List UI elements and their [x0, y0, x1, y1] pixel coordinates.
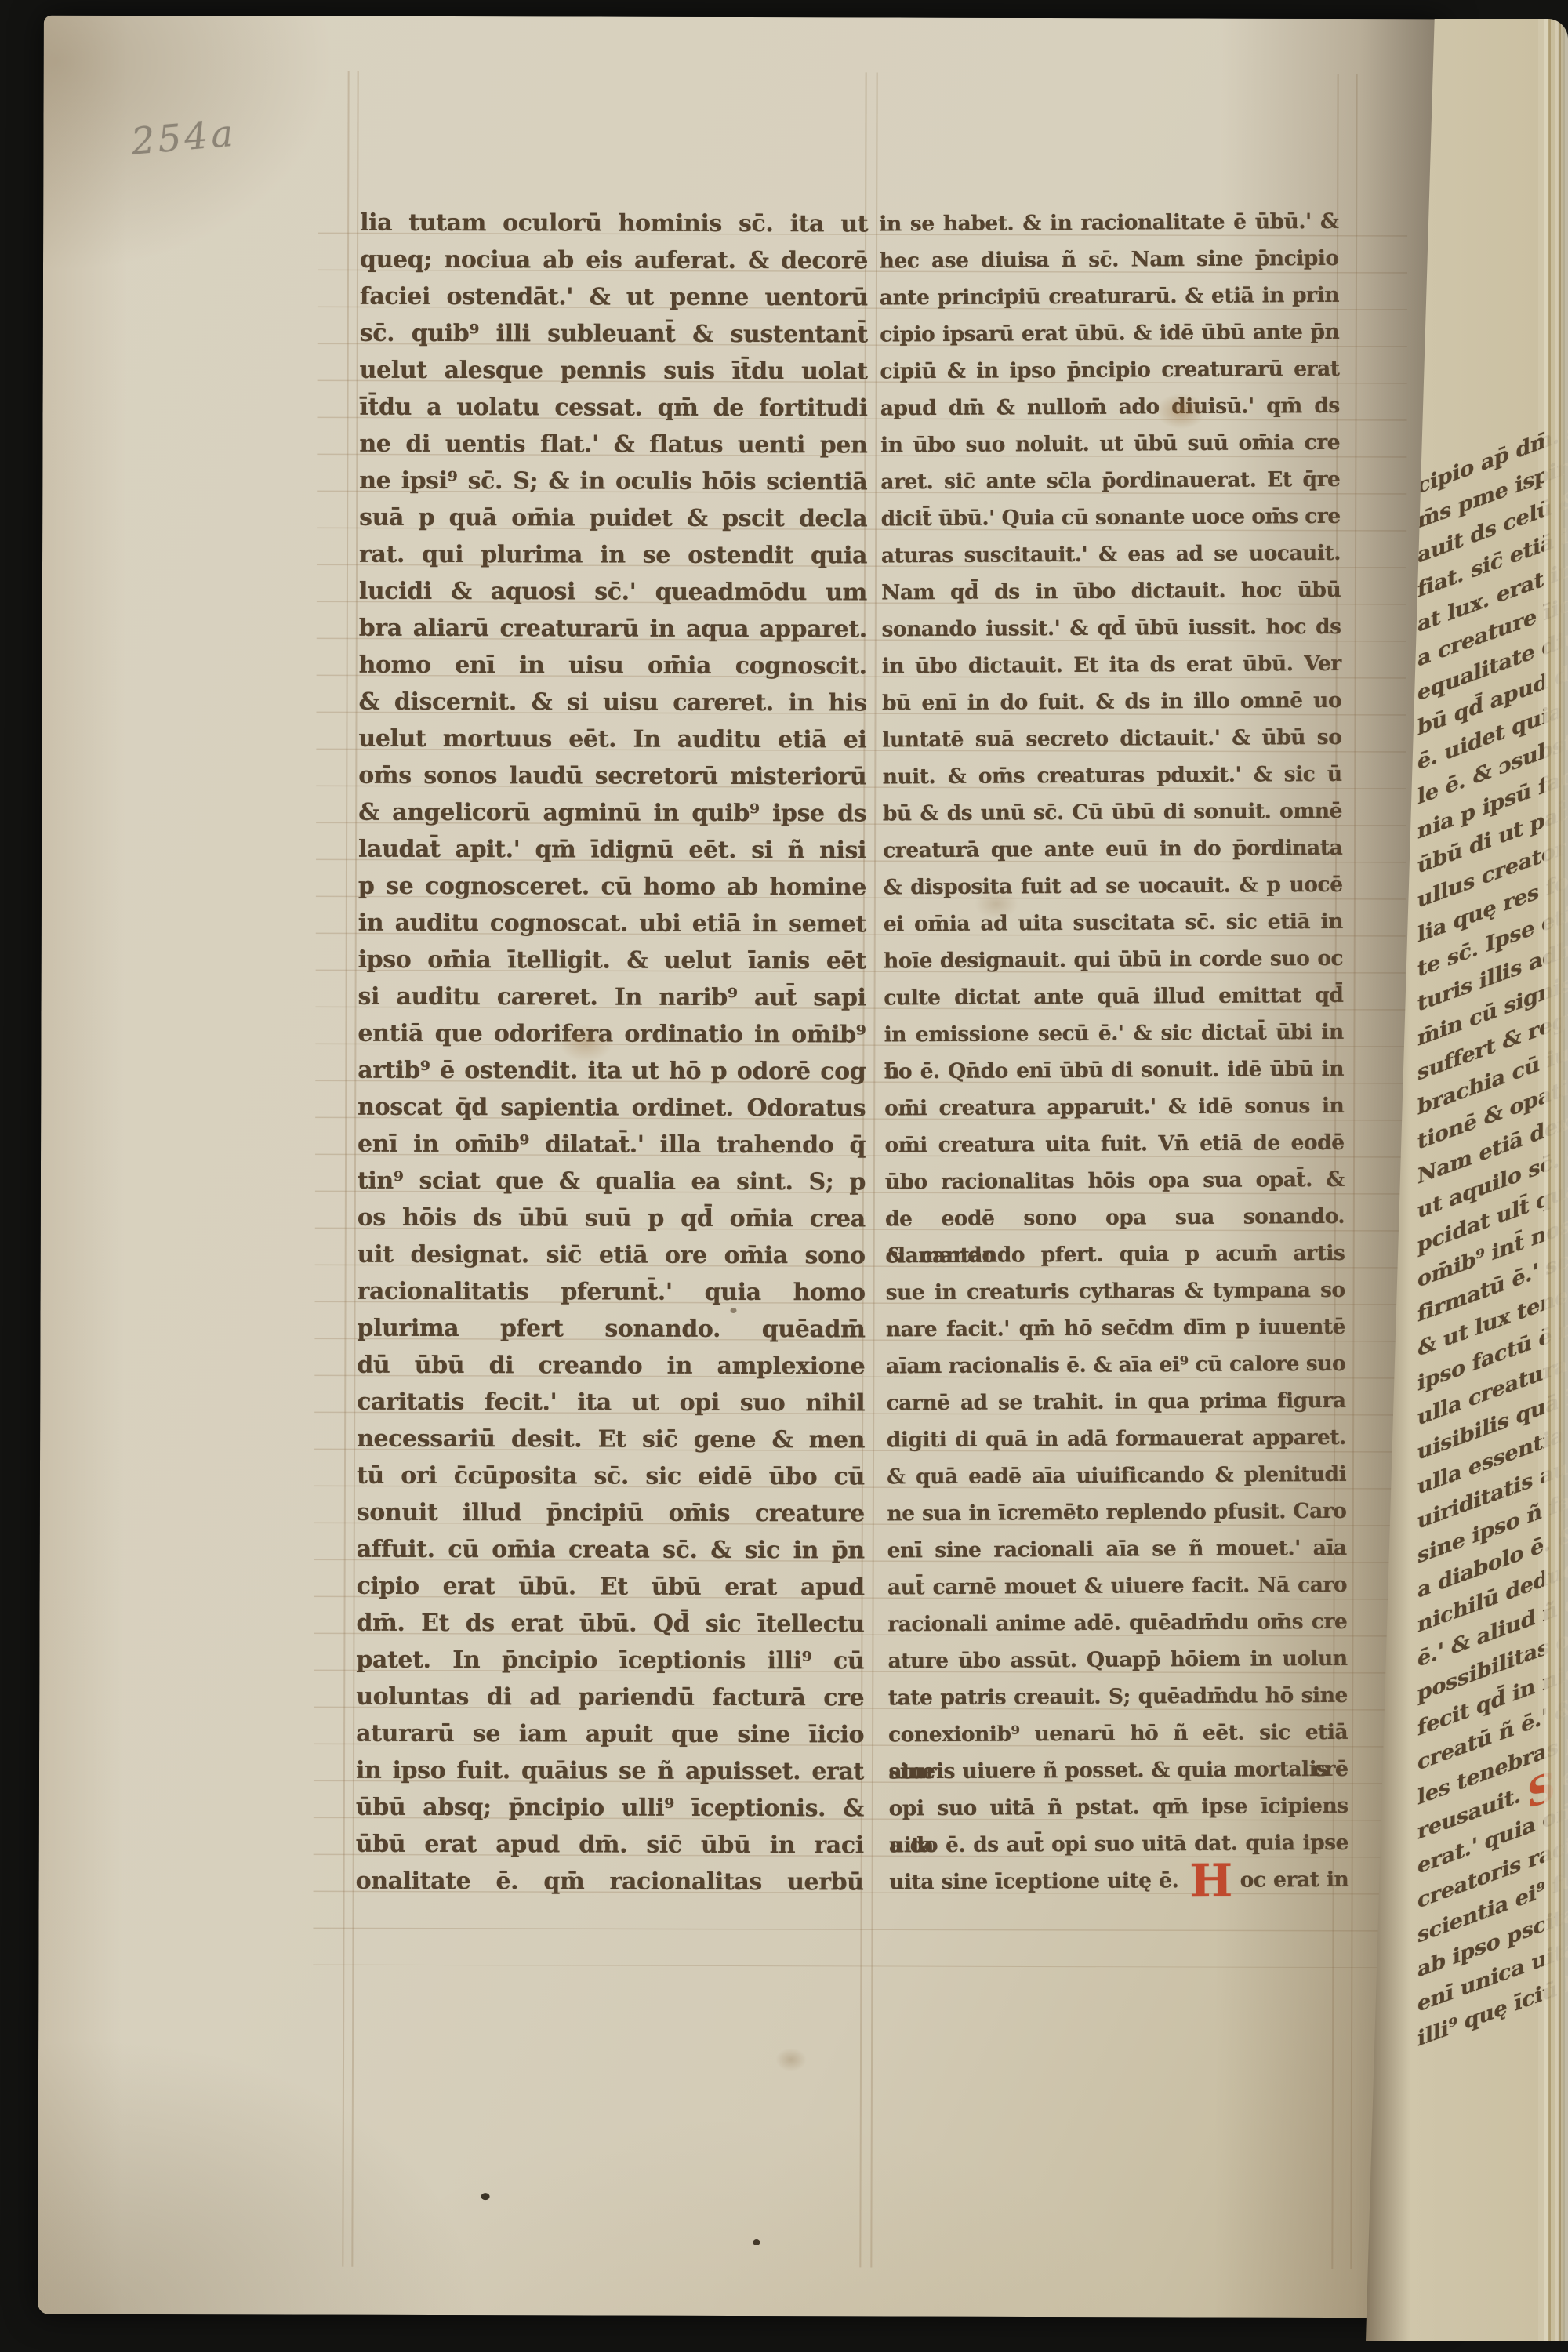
manuscript-line: digiti di quā in adā formauerat apparet.	[887, 1419, 1346, 1459]
manuscript-line: aīam racionalis ē. & aīa ei⁹ cū calore s…	[886, 1345, 1345, 1385]
manuscript-line: bū & ds unū sc̄. Cū ūbū di sonuit. omnē	[883, 793, 1342, 833]
manuscript-line: rat. qui plurima in se ostendit quia	[359, 536, 867, 575]
book-fore-edge	[1544, 19, 1568, 2341]
manuscript-line-with-initial: uita sine īceptione uitę ē.Hoc erat in	[889, 1861, 1348, 1901]
manuscript-line: artib⁹ ē ostendit. ita ut hō p odorē cog	[358, 1052, 866, 1091]
manuscript-line: a do ē. ds aut̄ opi suo uitā dat. quia i…	[889, 1824, 1348, 1864]
manuscript-line: creaturā que ante euū in do p̄ordinata	[883, 829, 1342, 869]
manuscript-line: conexionib⁹ uenarū hō ñ eēt. sic etiā si…	[888, 1714, 1348, 1754]
manuscript-line: om̄i creatura apparuit.' & idē sonus in	[884, 1087, 1344, 1127]
manuscript-line: p se cognosceret. cū homo ab homine	[358, 868, 866, 906]
manuscript-line: in se habet. & in racionalitate ē ūbū.' …	[879, 203, 1338, 243]
manuscript-line: culte dictat ante quā illud emittat qd̄	[884, 977, 1343, 1017]
manuscript-line: in auditu cognoscat. ubi etiā in semet	[358, 905, 866, 943]
manuscript-line: hec ase diuisa ñ sc̄. Nam sine p̄ncipio	[879, 240, 1338, 280]
manuscript-line: sonuit illud p̄ncipiū om̄is creature	[357, 1494, 865, 1533]
manuscript-line: cipio ipsarū erat ūbū. & idē ūbū ante p̄…	[880, 314, 1339, 354]
manuscript-line: nare facit.' qm̄ hō sec̄dm dīm p iuuentē	[886, 1308, 1345, 1348]
manuscript-line: enī sine racionali aīa se ñ mouet.' aīa	[887, 1530, 1347, 1570]
line-text-after-initial: oc erat in	[1240, 1867, 1349, 1893]
manuscript-line: affuit. cū om̄ia creata sc̄. & sic in p̄…	[357, 1531, 865, 1570]
manuscript-line: in ūbo suo noluit. ut ūbū suū om̄ia cre	[880, 424, 1340, 464]
manuscript-line: homo enī in uisu om̄ia cognoscit.	[359, 647, 867, 685]
manuscript-line: noscat q̄d sapientia ordinet. Odoratus	[358, 1089, 866, 1127]
manuscript-line: uit designat. sic̄ etiā ore om̄ia sono	[358, 1236, 866, 1275]
manuscript-line: ūbo racionalitas hōis opa sua opat̄. &	[885, 1161, 1345, 1201]
manuscript-line: cipiū & in ipso p̄ncipio creaturarū erat	[880, 350, 1339, 390]
manuscript-line: & disposita fuit ad se uocauit. & p uocē	[883, 866, 1342, 906]
red-initial-H: H	[1189, 1869, 1232, 1893]
manuscript-line: dm̄. Et ds erat ūbū. Qd̄ sic ītellectu	[356, 1605, 864, 1643]
manuscript-line: in ipso fuit. quāius se ñ apuisset. erat	[356, 1752, 864, 1791]
manuscript-line: aturis uiuere ñ posset. & quia mortalis …	[888, 1751, 1348, 1791]
manuscript-line: necessariū desit. Et sic̄ gene & men	[357, 1421, 865, 1459]
manuscript-line: īt̄du a uolatu cessat. qm̄ de fortitudi	[359, 389, 867, 427]
ink-speck	[481, 2193, 490, 2200]
manuscript-line: uoluntas di ad pariendū facturā cre	[356, 1679, 864, 1717]
manuscript-line: ne sua in īcremēto replendo pfusit. Caro	[887, 1493, 1346, 1533]
manuscript-line: aturarū se iam apuit que sine īicio	[356, 1715, 864, 1754]
manuscript-line: bū enī in do fuit. & ds in illo omnē uo	[882, 682, 1341, 722]
manuscript-page: 254a lia tutam oculorū hominis sc̄. ita …	[38, 16, 1444, 2318]
manuscript-line: & discernit. & si uisu careret. in his	[358, 684, 866, 722]
manuscript-line: ūbū erat apud dm̄. sic̄ ūbū in raci	[356, 1826, 864, 1864]
manuscript-line: si auditu careret. In narib⁹ aut̄ sapi	[358, 978, 866, 1017]
manuscript-line: cipio erat ūbū. Et ūbū erat apud	[357, 1568, 865, 1606]
parchment-stain	[775, 2048, 807, 2071]
manuscript-line: bra aliarū creaturarū in aqua apparet.	[359, 610, 867, 648]
manuscript-line: opi suo uitā ñ pstat. qm̄ ipse īcipiens …	[889, 1788, 1348, 1828]
manuscript-line: ūbū absq; p̄ncipio ulli⁹ īceptionis. &	[356, 1789, 864, 1828]
manuscript-line: patet. In p̄ncipio īceptionis illi⁹ cū	[356, 1642, 864, 1680]
manuscript-line: dicit̄ ūbū.' Quia cū sonante uoce om̄s c…	[881, 498, 1341, 538]
manuscript-line: bo ē. Qn̄do enī ūbū di sonuit. idē ūbū i…	[884, 1051, 1344, 1091]
manuscript-line: uelut alesque pennis suis īt̄du uolat	[360, 352, 868, 390]
manuscript-line: & angelicorū agminū in quib⁹ ipse ds	[358, 794, 866, 833]
manuscript-line: om̄i creatura uita fuit. Vn̄ etiā de eod…	[884, 1124, 1344, 1164]
manuscript-line: tin⁹ sciat que & qualia ea sint. S; p	[358, 1163, 866, 1201]
ink-speck	[753, 2239, 760, 2245]
manuscript-line: sue in creaturis cytharas & tympana so	[886, 1272, 1345, 1312]
manuscript-line: carnē ad se trahit. in qua prima figura	[886, 1382, 1345, 1422]
manuscript-line: lia tutam oculorū hominis sc̄. ita ut	[360, 205, 868, 243]
manuscript-line: luntatē suā secreto dictauit.' & ūbū so	[882, 719, 1341, 759]
manuscript-photo: { "photo": { "background_color": "#13131…	[0, 0, 1568, 2352]
manuscript-line: om̄s sonos laudū secretorū misteriorū	[358, 757, 866, 796]
manuscript-line: onalitate ē. qm̄ racionalitas uerbū	[356, 1863, 864, 1901]
manuscript-line: tate patris creauit. S; quēadm̄du hō sin…	[888, 1677, 1348, 1717]
folio-number-pencil: 254a	[129, 112, 238, 164]
manuscript-line: apud dm̄ & nullom̄ ado diuisū.' qm̄ ds	[880, 387, 1340, 427]
manuscript-line: faciei ostendāt.' & ut penne uentorū	[360, 278, 868, 317]
manuscript-line: suā p quā om̄ia puidet & pscit decla	[359, 499, 867, 538]
manuscript-line: & cantando pfert. quia p acum̄ artis	[885, 1235, 1345, 1275]
manuscript-line: dū ūbū di creando in amplexione	[357, 1347, 865, 1385]
manuscript-line: aret. sic̄ ante sc̄la p̄ordinauerat. Et …	[880, 461, 1340, 501]
manuscript-line: aturas suscitauit.' & eas ad se uocauit.	[881, 535, 1341, 575]
text-column-left: lia tutam oculorū hominis sc̄. ita utque…	[356, 205, 869, 1901]
manuscript-line: ei om̄ia ad uita suscitata sc̄. sic etiā…	[884, 903, 1343, 943]
text-column-right: in se habet. & in racionalitate ē ūbū.' …	[879, 203, 1348, 1901]
manuscript-line: sonando iussit.' & qd̄ ūbū iussit. hoc d…	[881, 608, 1341, 648]
manuscript-line: queq; nociua ab eis auferat. & decorē	[360, 241, 868, 280]
manuscript-line: os hōis ds ūbū suū p qd̄ om̄ia crea	[358, 1200, 866, 1238]
manuscript-line: lucidi & aquosi sc̄.' queadmōdu um	[359, 573, 867, 612]
manuscript-line: Nam qd̄ ds in ūbo dictauit. hoc ūbū	[881, 572, 1341, 612]
manuscript-line: de eodē sono opa sua sonando. clamando	[885, 1198, 1345, 1238]
manuscript-line: ne di uentis flat.' & flatus uenti pen	[359, 426, 867, 464]
manuscript-line: aut̄ carnē mouet & uiuere facit. Nā caro	[887, 1566, 1347, 1606]
manuscript-line: in ūbo dictauit. Et ita ds erat ūbū. Ver	[882, 645, 1341, 685]
line-text-before-initial: uita sine īceptione uitę ē.	[889, 1868, 1178, 1894]
manuscript-line: ature ūbo assūt. Quapp̄ hōiem in uolun	[887, 1640, 1347, 1680]
manuscript-line: ipso om̄ia ītelligit. & uelut īanis eēt	[358, 942, 866, 980]
manuscript-line: sc̄. quib⁹ illi subleuant̄ & sustentant̄	[360, 315, 868, 354]
manuscript-line: hoīe designauit. qui ūbū in corde suo oc	[884, 940, 1343, 980]
manuscript-line: plurima pfert sonando. quēadm̄	[357, 1310, 865, 1348]
manuscript-line: in emissione secū ē.' & sic dictat̄ ūbi …	[884, 1014, 1344, 1054]
manuscript-line: enī in om̄ib⁹ dilatat̄.' illa trahendo q…	[358, 1126, 866, 1164]
manuscript-line: & quā eadē aīa uiuificando & plenitudi	[887, 1456, 1346, 1496]
manuscript-line: nuit. & om̄s creaturas pduxit.' & sic ū	[883, 756, 1342, 796]
manuscript-line: entiā que odorifera ordinatio in om̄ib⁹	[358, 1015, 866, 1054]
manuscript-line: uelut mortuus eēt. In auditu etiā ei	[358, 720, 866, 759]
manuscript-line: ne ipsi⁹ sc̄. S; & in oculis hōis scient…	[359, 463, 867, 501]
manuscript-line: laudat̄ apit.' qm̄ īdignū eēt. si ñ nisi	[358, 831, 866, 869]
manuscript-line: racionali anime adē. quēadm̄du om̄s cre	[887, 1603, 1347, 1643]
manuscript-line: ante principiū creaturarū. & etiā in pri…	[880, 277, 1339, 317]
manuscript-line: racionalitatis pferunt̄.' quia homo	[358, 1273, 866, 1312]
manuscript-line: caritatis fecit.' ita ut opi suo nihil	[357, 1384, 865, 1422]
manuscript-line: tū ori c̄cūposita sc̄. sic eidē ūbo cū	[357, 1457, 865, 1496]
